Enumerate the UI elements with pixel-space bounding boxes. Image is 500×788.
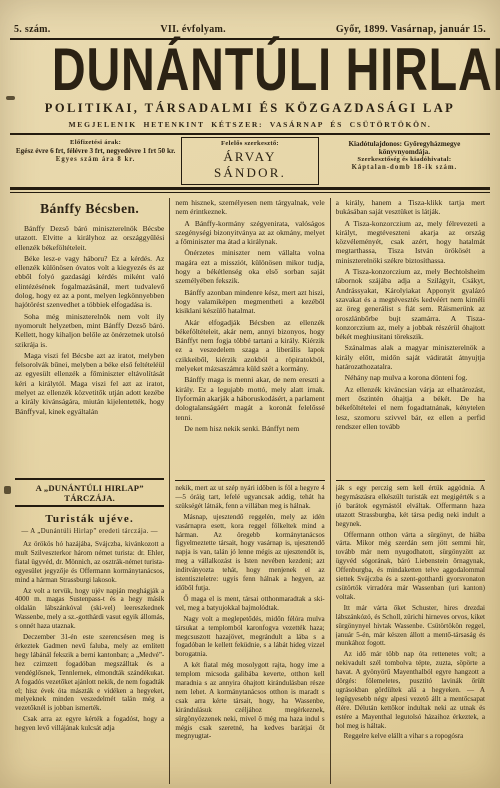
paragraph: Önérzetes miniszter nem vállalta volna m… [175, 248, 324, 285]
subscription-label: Előfizetési árak: [15, 139, 176, 146]
lead-article-col3: a király, hanem a Tisza-klikk tartja mer… [336, 198, 485, 478]
paragraph: Offermann otthon várta a sürgönyt, de hi… [336, 531, 485, 602]
paragraph: A Bánffy-kormány szégyenirata, valóságos… [175, 219, 324, 247]
lead-article-text: nem hisznek, személyesen nem tárgyalnak,… [175, 198, 324, 433]
feuilleton-text: nekik, mert az ut szép nyári időben is f… [175, 484, 324, 741]
paragraph: Bánffy azonban mindenre kész, mert azt h… [175, 288, 324, 316]
paragraph: Nagy volt a meglepetődés, midőn félóra m… [175, 615, 324, 660]
paragraph: Bánffy Dezső báró miniszterelnök Bécsbe … [15, 224, 164, 252]
publisher-line: Kiadótulajdonos: Győregyházmegye könyvny… [324, 140, 485, 156]
paragraph: Béke lesz-e vagy háboru? Ez a kérdés. Az… [15, 254, 164, 310]
section-divider [336, 480, 485, 481]
publisher-info: Kiadótulajdonos: Győregyházmegye könyvny… [319, 135, 490, 187]
paragraph: ják s egy perczig sem kell értük aggódni… [336, 484, 485, 529]
paragraph: Az ellenzék kiváncsian várja az elhatáro… [336, 385, 485, 431]
column-2: nem hisznek, személyesen nem tárgyalnak,… [169, 198, 329, 784]
paragraph: A Tisza-konzorczium az, mely félrevezeti… [336, 219, 485, 265]
lead-article-text: a király, hanem a Tisza-klikk tartja mer… [336, 198, 485, 431]
issue-number: 5. szám. [14, 24, 51, 35]
date-line: Győr, 1899. Vasárnap, január 15. [336, 24, 486, 35]
paragraph: a király, hanem a Tisza-klikk tartja mer… [336, 198, 485, 217]
feuilleton-col3: ják s egy perczig sem kell értük aggódni… [336, 484, 485, 782]
section-divider [175, 480, 324, 481]
newspaper-front-page: 5. szám. VII. évfolyam. Győr, 1899. Vasá… [0, 0, 500, 788]
lead-article-title: Bánffy Bécsben. [15, 201, 164, 217]
paragraph: Maga viszi fel Bécsbe azt az iratot, mel… [15, 351, 164, 416]
paragraph: De nem hisz nekik senki. Bánffyt nem [175, 424, 324, 433]
column-1: Bánffy Bécsben. Bánffy Dezső báró minisz… [10, 198, 169, 784]
paragraph: Ő maga el is ment, társai otthonmaradtak… [175, 595, 324, 613]
paragraph: Másnap, ujesztendő reggelén, mely az idé… [175, 513, 324, 593]
subscription-info: Előfizetési árak: Egész évre 6 frt, félé… [10, 135, 181, 187]
paragraph: Deczember 31-én este szerencsésen meg is… [15, 633, 164, 713]
paragraph: Itt már várta őket Schuster, hires drezd… [336, 604, 485, 649]
volume-label: VII. évfolyam. [160, 24, 226, 35]
column-3: a király, hanem a Tisza-klikk tartja mer… [330, 198, 490, 784]
subscription-prices: Egész évre 6 frt, félévre 3 frt, negyedé… [15, 147, 176, 155]
office-label: Szerkesztőség és kiadóhivatal: [324, 156, 485, 163]
header-rule-heavy [10, 187, 490, 193]
masthead: 5. szám. VII. évfolyam. Győr, 1899. Vasá… [0, 0, 500, 193]
editor-label: Felelős szerkesztő: [187, 140, 313, 147]
paragraph: Akár elfogadják Bécsben az ellenzék béke… [175, 318, 324, 374]
paragraph: Soha még miniszterelnök nem volt ily nyo… [15, 312, 164, 349]
title-wrap: DUNÁNTÚLI HIRLAP [0, 41, 500, 99]
paragraph: nem hisznek, személyesen nem tárgyalnak,… [175, 198, 324, 217]
feuilleton-subtitle: — A „Dunántúli Hirlap” eredeti tárczája.… [15, 528, 164, 535]
paragraph: Csak arra az egyre kérték a fogadóst, ho… [15, 715, 164, 733]
ink-smudge [6, 96, 15, 100]
issue-row: 5. szám. VII. évfolyam. Győr, 1899. Vasá… [0, 0, 500, 38]
publication-schedule: MEGJELENIK HETENKINT KÉTSZER: VASÁRNAP É… [0, 120, 500, 129]
paragraph: Az volt a tervük, hogy ujév napján meghá… [15, 587, 164, 632]
feuilleton-text: Az örökös hó hazájába, Svájczba, kivánko… [15, 540, 164, 733]
editor-box: Felelős szerkesztő: ÁRVAY SÁNDOR. [181, 137, 319, 185]
paragraph: A Tisza-konzorczium az, mely Bechtolshei… [336, 267, 485, 341]
editor-name: ÁRVAY SÁNDOR. [187, 149, 313, 181]
paragraph: nekik, mert az ut szép nyári időben is f… [175, 484, 324, 511]
article-columns: Bánffy Bécsben. Bánffy Dezső báró minisz… [10, 198, 490, 784]
feuilleton-title: Turisták ujéve. [15, 513, 164, 525]
paragraph: Szánalmas alak a magyar miniszterelnök a… [336, 343, 485, 371]
paragraph: Reggelre kelve elállt a vihar s a ropogó… [336, 732, 485, 741]
feuilleton-text: ják s egy perczig sem kell értük aggódni… [336, 484, 485, 741]
feuilleton-col2: nekik, mert az ut szép nyári időben is f… [175, 484, 324, 782]
feuilleton-col1: A „DUNÁNTÚLI HIRLAP” TÁRCZÁJA. Turisták … [15, 478, 164, 776]
paragraph: A két fiatal még mosolygott rajta, hogy … [175, 661, 324, 741]
newspaper-title: DUNÁNTÚLI HIRLAP [52, 40, 500, 101]
paragraph: Bánffy maga is menni akar, de nem ereszt… [175, 375, 324, 421]
lead-article-col1: Bánffy Bécsben. Bánffy Dezső báró minisz… [15, 198, 164, 478]
masthead-info-row: Előfizetési árak: Egész évre 6 frt, félé… [10, 135, 490, 187]
feuilleton-section-header: A „DUNÁNTÚLI HIRLAP” TÁRCZÁJA. [15, 478, 164, 507]
office-address: Káptalan-domb 18-ik szám. [324, 164, 485, 171]
single-copy-price: Egyes szám ára 8 kr. [15, 156, 176, 163]
ink-smudge [4, 486, 11, 494]
paragraph: Néhány nap mulva a korona dönteni fog. [336, 373, 485, 382]
lead-article-text: Bánffy Dezső báró miniszterelnök Bécsbe … [15, 224, 164, 416]
paragraph: Az idő már több nap óta rettenetes volt;… [336, 650, 485, 730]
paragraph: Az örökös hó hazájába, Svájczba, kivánko… [15, 540, 164, 585]
lead-article-col2: nem hisznek, személyesen nem tárgyalnak,… [175, 198, 324, 478]
